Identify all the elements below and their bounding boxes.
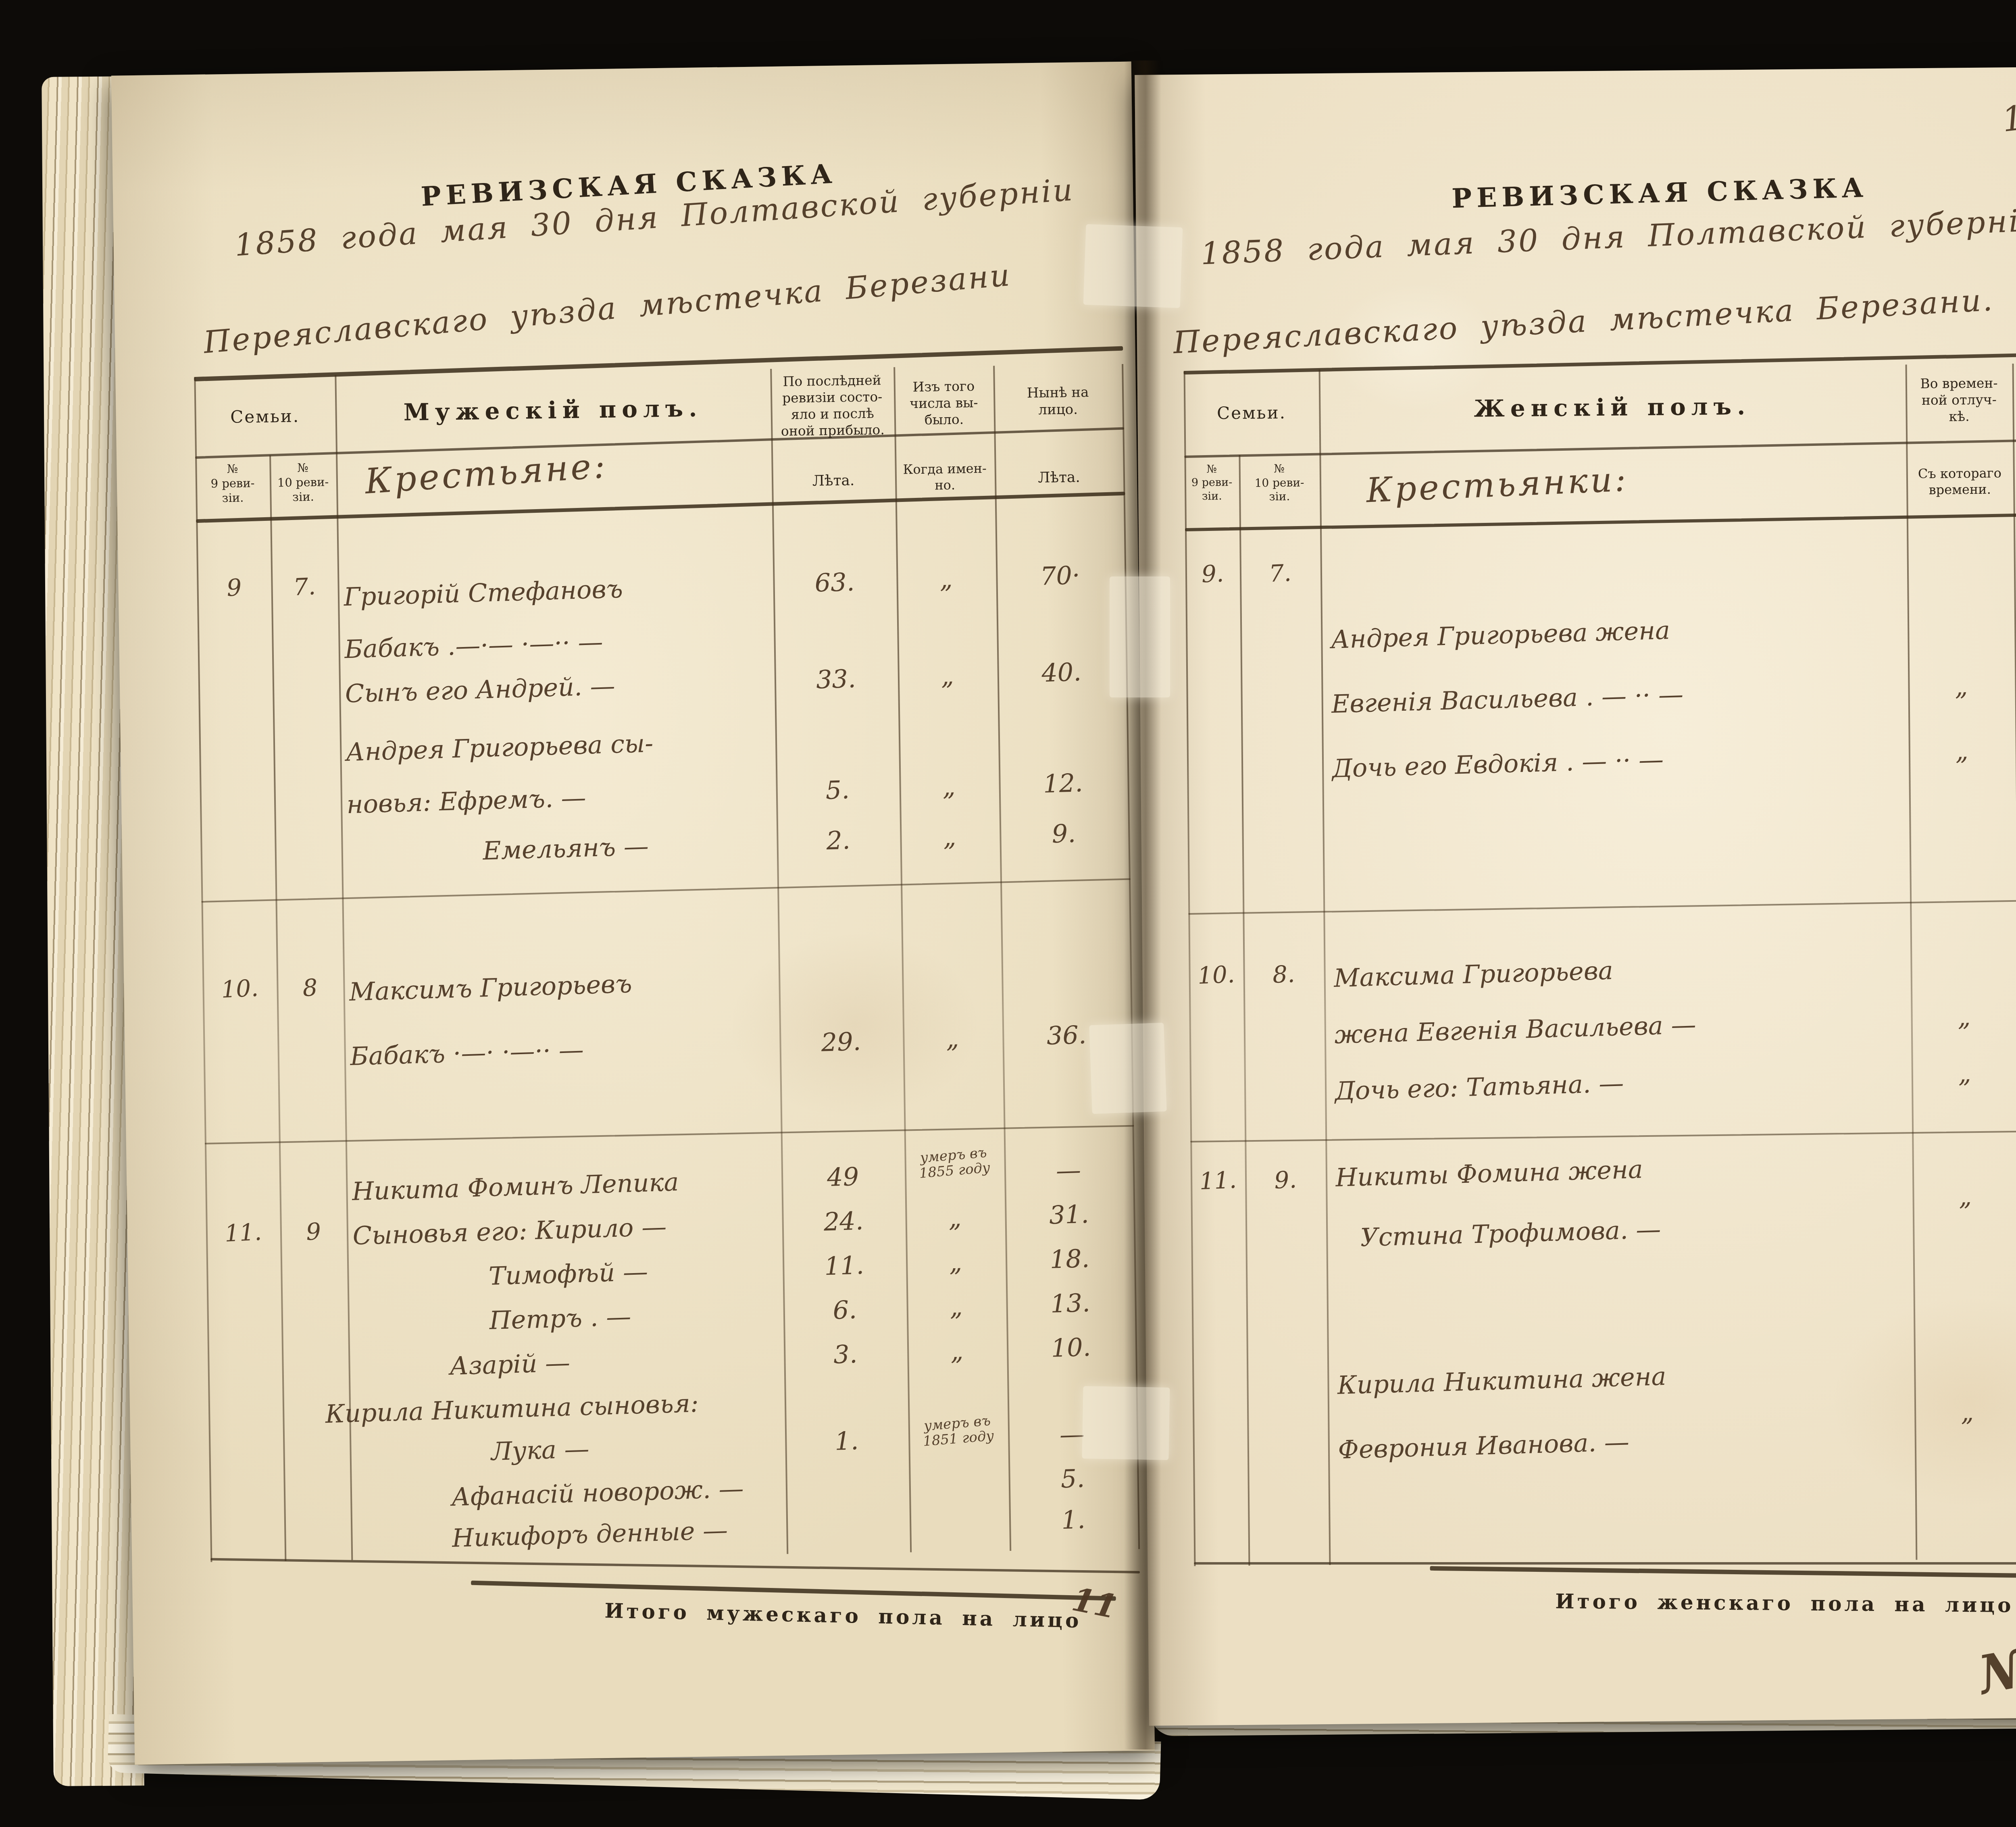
- entry-departed-note: „: [905, 1246, 1006, 1278]
- total-label-female: Итого женскаго пола на лицо: [1555, 1589, 2014, 1617]
- entry-name: Азарій —: [449, 1348, 571, 1381]
- entry-name: Тимофѣй —: [488, 1257, 648, 1291]
- ink-scribble: №: [1974, 1635, 2016, 1706]
- header-away: Во времен- ной отлуч- кѣ.: [1906, 375, 2013, 425]
- tape-patch: [1083, 224, 1183, 308]
- entry-name: Максимъ Григорьевъ: [349, 969, 632, 1007]
- entry-away-since: „: [1911, 1057, 2016, 1090]
- entry-departed-note: „: [899, 770, 999, 803]
- entry-name: Дочь его Евдокія . — ·· —: [1332, 745, 1664, 783]
- entry-age-previous: 1.: [785, 1424, 909, 1457]
- footer-rule: [1430, 1566, 2016, 1578]
- entry-name: Кирила Никитина жена: [1337, 1361, 1667, 1400]
- entry-away-since: „: [1912, 1180, 2016, 1213]
- header-revision9: № 9 реви- зіи.: [195, 461, 270, 506]
- header-departed-when: Когда имен- но.: [895, 460, 995, 494]
- entry-age-current: 10.: [1006, 1331, 1135, 1364]
- entry-departed-note: „: [906, 1290, 1006, 1323]
- entry-departed-note: умеръ въ 1855 году: [903, 1144, 1005, 1182]
- header-last-revision-years: Лѣта.: [772, 471, 896, 491]
- entry-name: Никита Фоминъ Лепика: [352, 1167, 679, 1206]
- header-present: Нынѣ на лицо.: [993, 383, 1123, 419]
- header-bottom-rule: [1185, 512, 2016, 531]
- entry-age-previous: 5.: [775, 774, 900, 807]
- entry-age-previous: 33.: [774, 663, 898, 696]
- right-page: 1245 РЕВИЗСКАЯ СКАЗКА 1858 года мая 30 д…: [1135, 66, 2016, 1726]
- entry-name: Максима Григорьева: [1333, 956, 1613, 993]
- entry-departed-note: „: [897, 660, 998, 692]
- table-top-rule: [1184, 352, 2016, 375]
- total-label-male: Итого мужескаго пола на лицо: [604, 1599, 1082, 1633]
- entry-name: Устина Трофимова. —: [1360, 1214, 1662, 1252]
- entry-age-current: 13.: [1006, 1287, 1135, 1320]
- header-group-handwritten: Крестьянки:: [1365, 459, 1629, 510]
- entry-name: Феврония Иванова. —: [1337, 1427, 1629, 1465]
- entry-name: Петръ . —: [489, 1302, 631, 1335]
- header-revision10: № 10 реви- зіи.: [269, 460, 336, 505]
- entry-age-current: 18.: [1005, 1242, 1134, 1276]
- table-bottom-rule: [1194, 1562, 2016, 1565]
- book-scan: РЕВИЗСКАЯ СКАЗКА 1858 года мая 30 дня По…: [0, 0, 2016, 1827]
- handwritten-place-line: Переяславскаго уѣзда мѣстечка Березани.: [1173, 282, 1995, 361]
- entry-away-since: „: [1908, 735, 2016, 767]
- family-number-10th-rev: 7.: [1239, 558, 1321, 589]
- entry-name: Евгенія Васильева . — ·· —: [1331, 680, 1684, 719]
- family-separator-rule: [1190, 1130, 2016, 1142]
- header-present: Нынѣ на лицо.: [2012, 383, 2016, 416]
- entry-name: Андрея Григорьева сы-: [346, 728, 654, 767]
- entry-age-current: —: [1004, 1154, 1133, 1187]
- page-number: 1245: [2000, 91, 2016, 140]
- entry-age-current: 5.: [1008, 1462, 1137, 1495]
- entry-line: Максимъ Григорьевъ: [202, 954, 1133, 1034]
- family-separator-rule: [1188, 899, 2016, 915]
- handwritten-place-line: Переяславскаго уѣзда мѣстечка Березани: [202, 257, 1012, 360]
- footer-rule: [471, 1581, 1116, 1601]
- entry-name: Бабакъ ·—· ·—·· —: [350, 1035, 584, 1071]
- header-last-revision: По послѣдней ревизіи состо- яло и послѣ …: [770, 372, 894, 440]
- entry-line: Феврония Иванова. — „ 29: [1192, 1414, 2016, 1491]
- family-separator-rule: [205, 1125, 1134, 1144]
- entry-age-current: 12.: [998, 767, 1128, 800]
- census-table-male: Семьи. Мужескій полъ. По послѣдней ревиз…: [194, 364, 1140, 1562]
- header-gender-female: Женскій полъ.: [1319, 391, 1906, 425]
- entry-age-previous: 49: [781, 1160, 905, 1193]
- header-group-handwritten: Крестьяне:: [364, 445, 609, 502]
- header-present-years: Лѣта.: [995, 468, 1124, 488]
- entry-name: Никиты Фомина жена: [1335, 1155, 1643, 1192]
- header-revision9: № 9 реви- зіи.: [1185, 462, 1239, 504]
- entry-name: Андрея Григорьева жена: [1331, 615, 1670, 654]
- entry-name: Григорій Стефановъ: [343, 574, 623, 612]
- entry-line: Андрея Григорьева жена: [1185, 603, 2016, 681]
- entry-name: жена Евгенія Васильева —: [1334, 1010, 1696, 1049]
- entry-away-since: „: [1908, 670, 2015, 703]
- header-revision10: № 10 реви- зіи.: [1239, 462, 1320, 504]
- header-present-years: Лѣта.: [2013, 478, 2016, 495]
- header-divider-rule: [195, 427, 1124, 459]
- entry-age-previous: 63.: [773, 566, 897, 599]
- entry-departed-note: „: [907, 1335, 1007, 1367]
- entry-line: Бабакъ ·—· ·—·· — 29. „ 36.: [203, 1019, 1133, 1099]
- header-family: Семьи.: [1184, 402, 1319, 424]
- family-number-9th-rev: 9.: [1185, 559, 1241, 589]
- entry-departed-note: „: [896, 563, 996, 595]
- entry-away-since: „: [1910, 1001, 2016, 1033]
- entry-line: Дочь его Евдокія . — ·· — „ 7.: [1187, 732, 2016, 810]
- header-divider-rule: [1184, 438, 2016, 458]
- entry-departed-note: „: [900, 821, 1000, 853]
- entry-age-current: 31.: [1004, 1198, 1134, 1231]
- entry-away-since: „: [1913, 1396, 2016, 1428]
- header-away-since: Съ котораго времени.: [1906, 465, 2014, 498]
- handwritten-date-line: 1858 года мая 30 дня Полтавской губерніи: [1200, 202, 2016, 272]
- entry-age-previous: 11.: [782, 1249, 906, 1282]
- tape-patch: [1089, 1023, 1167, 1114]
- header-departed: Изъ того числа вы- было.: [894, 378, 994, 429]
- entry-age-current: 40.: [997, 656, 1126, 689]
- entry-line: Кирила Никитина жена: [1192, 1349, 2016, 1427]
- entry-age-previous: 2.: [776, 824, 900, 857]
- entry-name: Дочь его: Татьяна. —: [1335, 1068, 1624, 1106]
- entry-departed-note: „: [905, 1202, 1005, 1234]
- entry-age-current: 1.: [1008, 1503, 1138, 1536]
- table-top-rule: [194, 346, 1123, 381]
- tape-patch: [1082, 1386, 1170, 1460]
- entry-name: Лука —: [491, 1434, 589, 1466]
- header-gender-male: Мужескій полъ.: [335, 393, 771, 428]
- tape-patch: [1110, 576, 1170, 697]
- header-family: Семьи.: [194, 405, 335, 428]
- left-page: РЕВИЗСКАЯ СКАЗКА 1858 года мая 30 дня По…: [111, 62, 1155, 1765]
- entry-age-previous: 24.: [781, 1205, 906, 1238]
- entry-name: Емельянъ —: [482, 831, 649, 866]
- entry-age-previous: 6.: [783, 1293, 907, 1326]
- entry-age-previous: 29.: [779, 1025, 903, 1058]
- census-table-female: Семьи. Женскій полъ. Во времен- ной отлу…: [1184, 363, 2016, 1566]
- entry-age-current: 70·: [996, 559, 1125, 592]
- entry-departed-note: „: [902, 1022, 1003, 1055]
- entry-age-current: 9.: [999, 817, 1129, 850]
- entry-line: Евгенія Васильева . — ·· — „ 30: [1186, 668, 2016, 745]
- entry-age-previous: 3.: [783, 1338, 908, 1371]
